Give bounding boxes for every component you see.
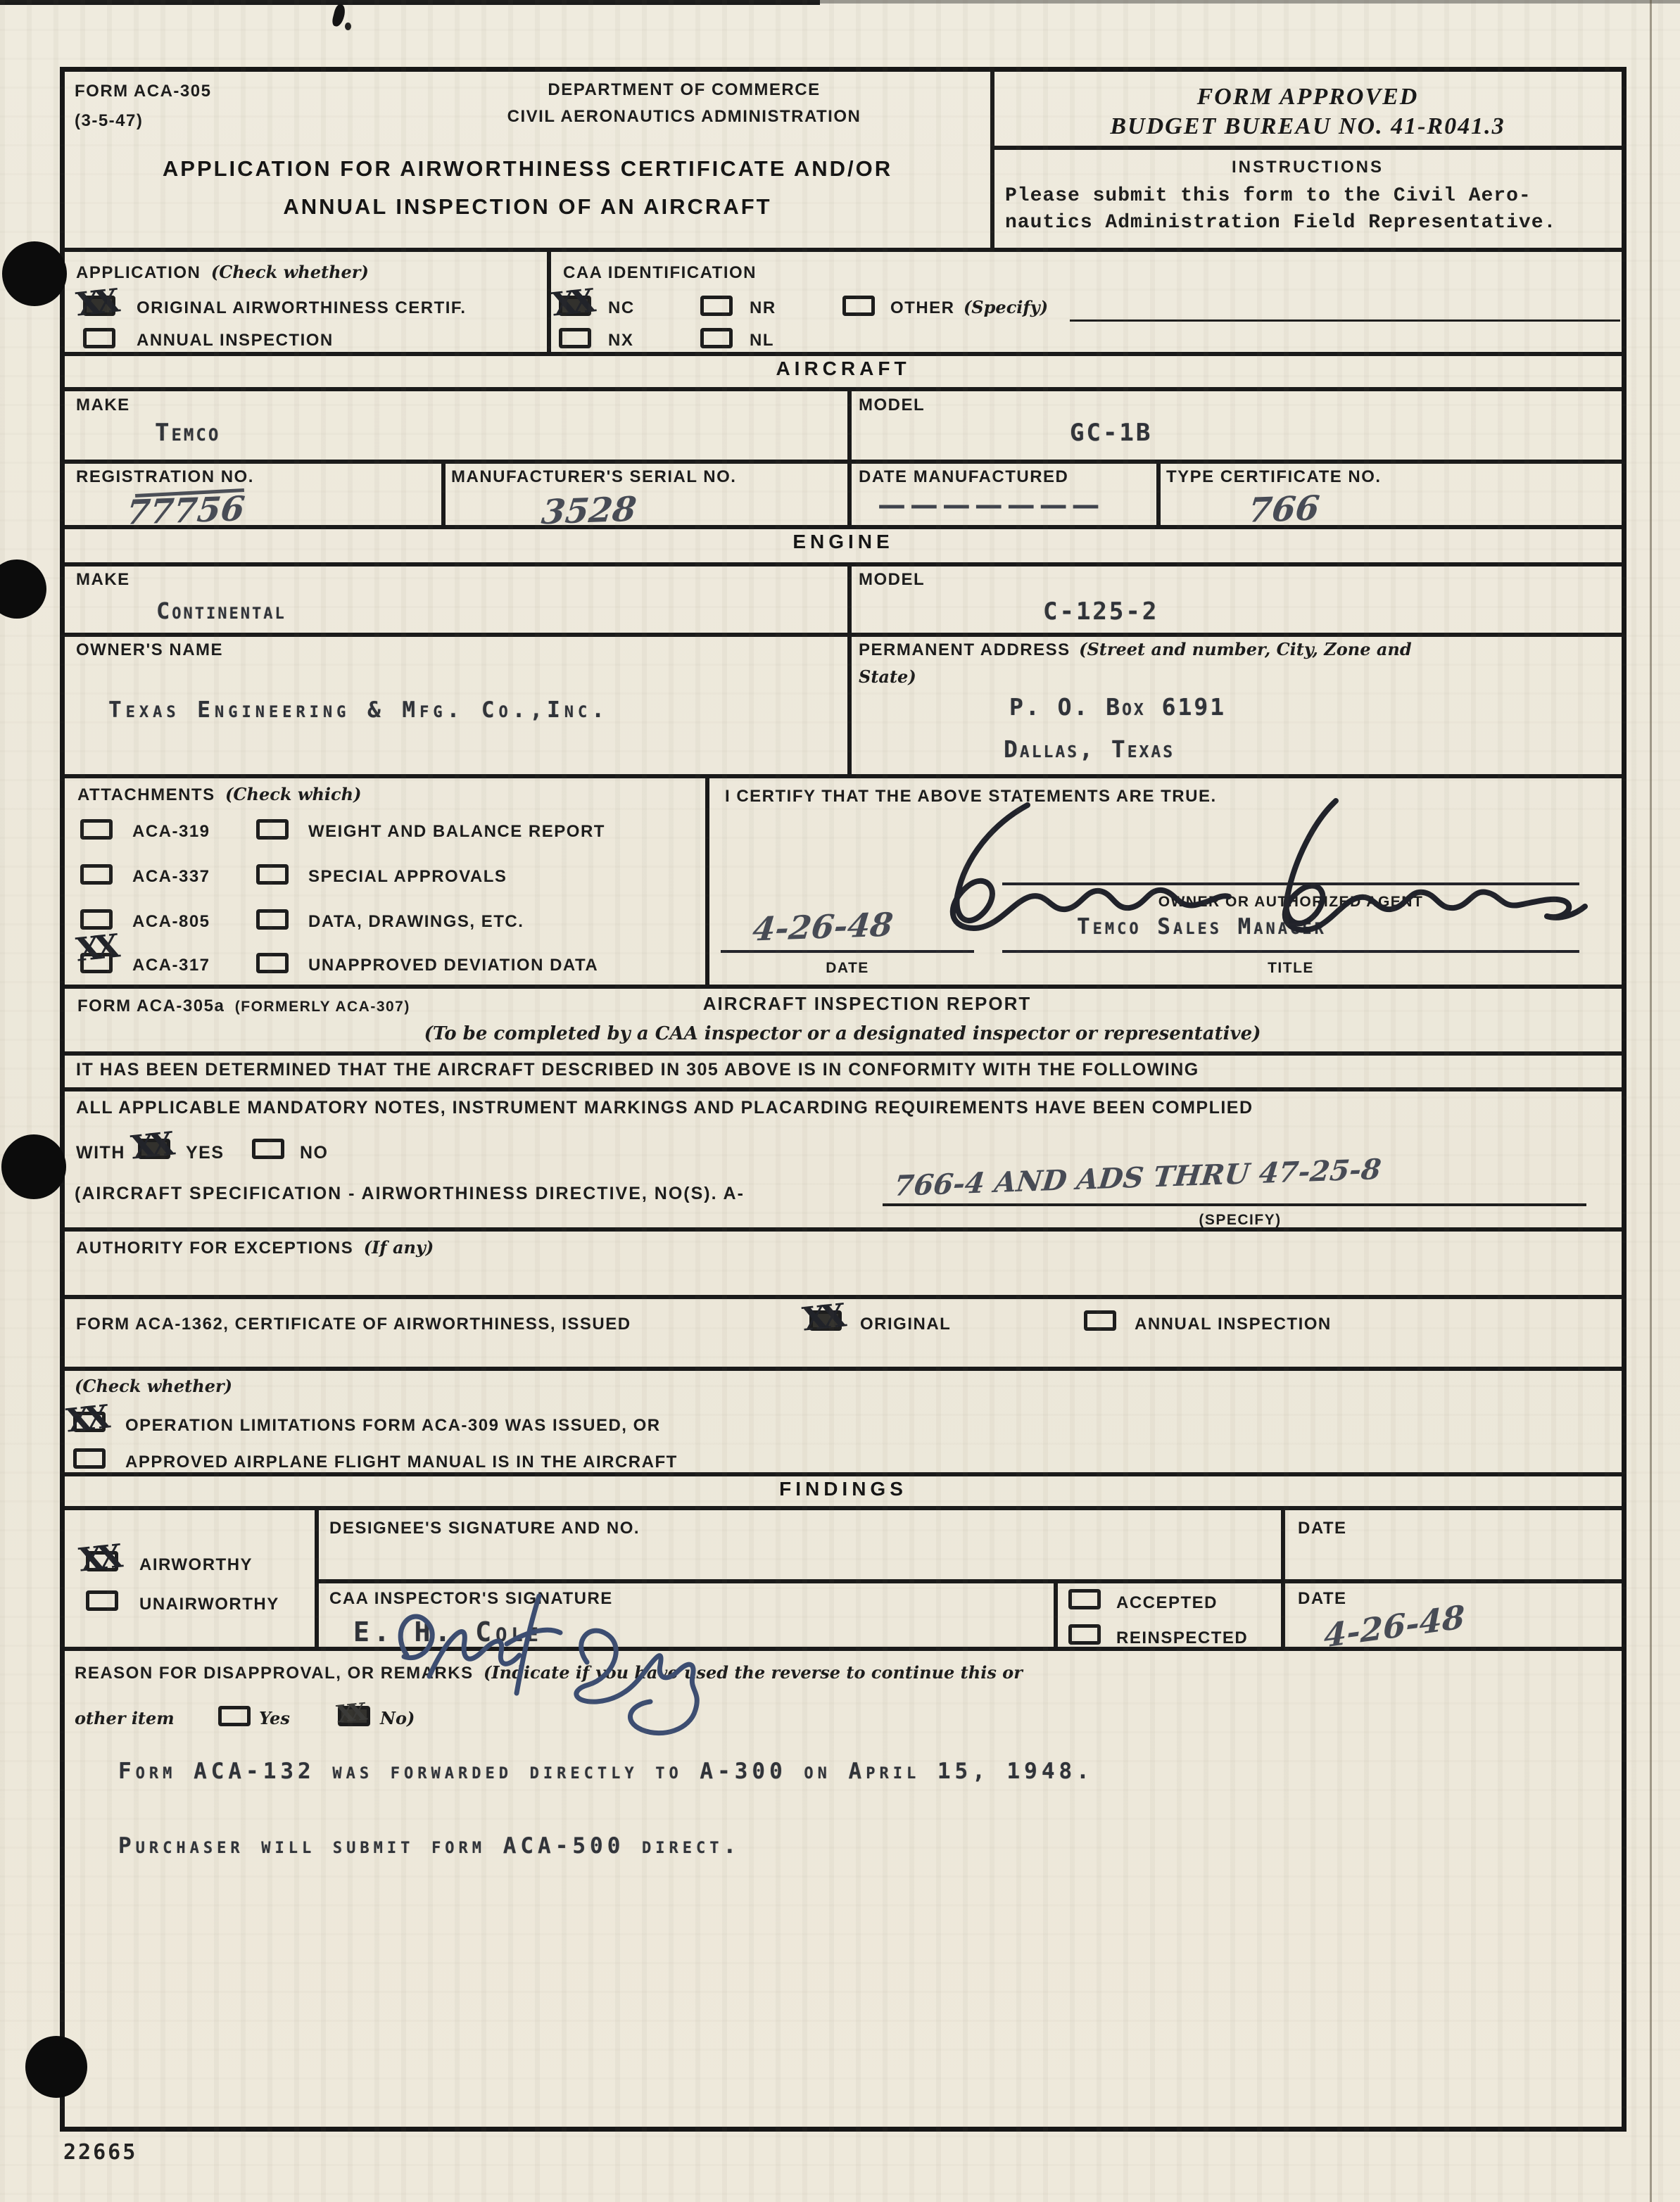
checkbox-cert-original[interactable]: XX [809,1310,842,1331]
specify-label: (SPECIFY) [1085,1212,1395,1229]
checkbox-aca-337[interactable] [80,864,113,885]
checkbox-remarks-yes[interactable] [218,1706,251,1726]
aircraft-model-label: MODEL [859,396,925,415]
aca-337-label: ACA-337 [132,867,210,887]
checkbox-unapproved-deviation[interactable] [256,953,289,973]
findings-section-title: FINDINGS [65,1479,1622,1499]
remarks-typed-line2: Purchaser will submit form ACA-500 direc… [118,1835,740,1857]
checkbox-box [218,1706,251,1726]
checkbox-box [1084,1310,1116,1331]
inspector-signature[interactable] [360,1569,705,1759]
date-manufactured-label: DATE MANUFACTURED [859,467,1068,487]
divider [1054,1579,1058,1647]
scan-edge-artifact-faint [820,0,1680,4]
checkbox-nx[interactable] [559,328,591,348]
weight-balance-label: WEIGHT AND BALANCE REPORT [308,822,605,842]
check-x-mark: XX [75,284,115,320]
check-whether-note: (Check whether) [75,1378,232,1395]
scan-edge-artifact [0,0,820,5]
inspection-form-number: FORM ACA-305a [77,996,225,1015]
with-label: WITH [76,1143,125,1163]
divider [65,525,1622,529]
reinspected-label: REINSPECTED [1116,1628,1248,1648]
authority-heading: AUTHORITY FOR EXCEPTIONS (If any) [76,1239,434,1258]
checkbox-box [80,864,113,885]
remarks-typed-line1: Form ACA-132 was forwarded directly to A… [118,1761,1094,1783]
checkbox-box [80,909,113,930]
paper-edge-line [1650,0,1652,2202]
checkbox-box [1068,1589,1101,1609]
divider [65,1051,1622,1056]
owner-name-label: OWNER'S NAME [76,640,223,660]
checkbox-annual-inspection[interactable] [83,328,115,348]
determined-statement: IT HAS BEEN DETERMINED THAT THE AIRCRAFT… [76,1060,1199,1080]
cert-annual-label: ANNUAL INSPECTION [1135,1315,1332,1334]
checkbox-reinspected[interactable] [1068,1624,1101,1645]
nx-label: NX [608,331,633,350]
nr-label: NR [750,298,776,318]
checkbox-box [256,909,289,930]
spec-directive-label: (AIRCRAFT SPECIFICATION - AIRWORTHINESS … [75,1184,745,1204]
attachments-heading: ATTACHMENTS (Check which) [77,785,361,805]
aircraft-make-value: Temco [155,421,220,445]
checkbox-unairworthy[interactable] [86,1590,118,1611]
form-title-line2: ANNUAL INSPECTION OF AN AIRCRAFT [65,196,990,217]
checkbox-box [700,296,733,316]
cert-original-label: ORIGINAL [860,1315,951,1334]
data-drawings-label: DATA, DRAWINGS, ETC. [308,912,524,932]
aircraft-section-title: AIRCRAFT [65,359,1622,379]
checkbox-box [842,296,875,316]
divider [65,1506,1622,1510]
divider [65,633,1622,637]
caa-identification-label: CAA IDENTIFICATION [563,263,757,283]
registration-label: REGISTRATION NO. [76,467,254,487]
checkbox-complied-yes[interactable]: XX [138,1139,170,1159]
check-x-mark: XX [65,1400,106,1436]
divider [1156,460,1161,525]
instructions-body-line2: nautics Administration Field Representat… [1005,210,1556,236]
aircraft-make-label: MAKE [76,396,130,415]
checkbox-box [256,864,289,885]
other-specify-line[interactable] [1070,319,1620,322]
hole-punch [0,559,46,619]
divider [990,146,1622,150]
inspection-subtitle: (To be completed by a CAA inspector or a… [156,1025,1529,1043]
form-revision-date: (3-5-47) [75,111,143,131]
no-label: NO [300,1143,329,1163]
annual-inspection-label: ANNUAL INSPECTION [137,331,334,350]
nc-label: NC [608,298,635,318]
checkbox-aca-317[interactable]: XX [80,953,113,973]
address-line1: P. O. Box 6191 [1009,695,1226,719]
checkbox-box [700,328,733,348]
divider [847,562,852,633]
administration-name: CIVIL AERONAUTICS ADMINISTRATION [374,107,994,127]
form-aca-305: FORM ACA-305 (3-5-47) DEPARTMENT OF COMM… [60,67,1627,2132]
yes-label: YES [186,1143,225,1163]
aca-319-label: ACA-319 [132,822,210,842]
aca-317-label: ACA-317 [132,956,210,975]
divider [441,460,446,525]
checkbox-flight-manual[interactable] [73,1448,106,1469]
checkbox-aca-805[interactable] [80,909,113,930]
checkbox-box [80,819,113,840]
registration-value: 77756 [125,492,246,530]
divider [315,1506,319,1647]
certify-title-label: TITLE [1002,960,1579,977]
divider [65,1647,1622,1651]
inspection-formerly: (FORMERLY ACA-307) [235,999,410,1015]
divider [65,1367,1622,1371]
aircraft-model-value: GC-1B [1070,421,1152,445]
divider [65,1295,1622,1299]
engine-make-label: MAKE [76,570,130,590]
hole-punch [25,2036,87,2098]
attachments-note: (Check which) [225,784,361,804]
application-label: APPLICATION [76,263,201,282]
checkbox-box [83,328,115,348]
checkbox-accepted[interactable] [1068,1589,1101,1609]
special-approvals-label: SPECIAL APPROVALS [308,867,507,887]
checkbox-cert-annual[interactable] [1084,1310,1116,1331]
divider [847,387,852,460]
owner-signature[interactable] [874,788,1592,954]
permanent-address-note2: State) [859,669,916,685]
original-airworthiness-label: ORIGINAL AIRWORTHINESS CERTIF. [137,298,467,318]
checkbox-data-drawings[interactable] [256,909,289,930]
form-title-line1: APPLICATION FOR AIRWORTHINESS CERTIFICAT… [65,158,990,179]
other-label-group: OTHER (Specify) [890,298,1048,318]
serial-footer: 22665 [63,2142,137,2163]
divider [65,352,1622,356]
divider [65,387,1622,391]
divider [65,774,1622,778]
permanent-address-label: PERMANENT ADDRESS [859,640,1070,659]
check-x-mark: XX [130,1127,170,1163]
checkbox-box [252,1139,284,1159]
authority-label: AUTHORITY FOR EXCEPTIONS [76,1239,353,1258]
address-line2: Dallas, Texas [1004,738,1175,761]
accepted-label: ACCEPTED [1116,1593,1218,1613]
checkbox-nr[interactable] [700,296,733,316]
engine-make-value: Continental [156,600,286,622]
remarks-note-line2: other item [75,1710,175,1727]
check-x-mark: XX [75,930,115,966]
divider [847,460,852,525]
check-x-mark: XX [335,1700,362,1726]
divider [65,248,1622,252]
certify-date-value: 4-26-48 [751,909,895,946]
divider [547,248,551,352]
divider [65,460,1622,464]
authority-note: (If any) [364,1237,434,1258]
aca-805-label: ACA-805 [132,912,210,932]
other-specify-note: (Specify) [964,297,1048,317]
checkbox-box [256,953,289,973]
permanent-address-note1: (Street and number, City, Zone and [1079,639,1412,659]
checkbox-weight-balance[interactable] [256,819,289,840]
check-x-mark: XX [801,1299,842,1335]
checkbox-box [559,328,591,348]
other-label: OTHER [890,298,955,317]
form-approved-line2: BUDGET BUREAU NO. 41-R041.3 [994,111,1621,142]
inspection-date-label: DATE [1298,1589,1347,1609]
serial-label: MANUFACTURER'S SERIAL NO. [451,467,736,487]
remarks-yes-label: Yes [259,1710,290,1727]
divider [65,562,1622,567]
form-approved-line1: FORM APPROVED [994,82,1621,113]
type-certificate-label: TYPE CERTIFICATE NO. [1166,467,1382,487]
divider [65,985,1622,989]
unairworthy-label: UNAIRWORTHY [139,1595,279,1614]
checkbox-other[interactable] [842,296,875,316]
check-x-mark: XX [550,284,591,320]
engine-model-value: C-125-2 [1043,600,1158,624]
divider [65,1227,1622,1232]
spec-directive-line[interactable] [883,1203,1586,1206]
divider [1281,1506,1285,1647]
scanned-form-page: FORM ACA-305 (3-5-47) DEPARTMENT OF COMM… [0,0,1680,2202]
attachments-label: ATTACHMENTS [77,785,215,804]
flight-manual-label: APPROVED AIRPLANE FLIGHT MANUAL IS IN TH… [125,1453,678,1472]
spec-directive-value: 766-4 AND ADS THRU 47-25-8 [892,1156,1382,1201]
application-note: (Check whether) [211,262,369,282]
owner-name-value: Texas Engineering & Mfg. Co.,Inc. [108,700,609,721]
hole-punch [2,241,67,306]
checkbox-aca-319[interactable] [80,819,113,840]
checkbox-box [1068,1624,1101,1645]
divider [847,633,852,774]
type-certificate-value: 766 [1246,491,1321,527]
checkbox-box [86,1590,118,1611]
checkbox-nc[interactable]: XX [559,296,591,316]
form-number: FORM ACA-305 [75,82,211,101]
designee-date-label: DATE [1298,1519,1347,1538]
instructions-body-line1: Please submit this form to the Civil Aer… [1005,183,1531,210]
unapproved-deviation-label: UNAPPROVED DEVIATION DATA [308,956,598,975]
divider [65,1087,1622,1091]
check-x-mark: XX [77,1540,118,1576]
department-name: DEPARTMENT OF COMMERCE [374,80,994,100]
engine-section-title: ENGINE [65,532,1622,552]
complied-statement: ALL APPLICABLE MANDATORY NOTES, INSTRUME… [76,1098,1253,1118]
stray-mark-dot [345,23,351,30]
nl-label: NL [750,331,774,350]
checkbox-special-approvals[interactable] [256,864,289,885]
divider [65,1472,1622,1476]
inspection-title: AIRCRAFT INSPECTION REPORT [515,994,1219,1015]
permanent-address-heading: PERMANENT ADDRESS (Street and number, Ci… [859,640,1412,660]
checkbox-original-airworthiness[interactable]: XX [83,296,115,316]
date-manufactured-dashes: — — — — — — — [878,491,1097,519]
certify-date-label: DATE [721,960,974,977]
checkbox-nl[interactable] [700,328,733,348]
airworthy-label: AIRWORTHY [139,1555,253,1575]
checkbox-complied-no[interactable] [252,1139,284,1159]
divider [705,774,709,985]
serial-value: 3528 [540,493,638,530]
checkbox-operation-limitations[interactable]: XX [73,1412,106,1432]
hole-punch [1,1134,66,1199]
engine-model-label: MODEL [859,570,925,590]
instructions-title: INSTRUCTIONS [994,158,1621,177]
stray-mark [331,4,346,28]
checkbox-box [73,1448,106,1469]
checkbox-airworthy[interactable]: XX [86,1551,118,1571]
cert-1362-label: FORM ACA-1362, CERTIFICATE OF AIRWORTHIN… [76,1315,631,1334]
inspection-form-heading: FORM ACA-305a (FORMERLY ACA-307) [77,996,410,1016]
checkbox-box [256,819,289,840]
application-heading: APPLICATION (Check whether) [76,263,369,283]
designee-signature-label: DESIGNEE'S SIGNATURE AND NO. [329,1519,640,1538]
operation-limitations-label: OPERATION LIMITATIONS FORM ACA-309 WAS I… [125,1416,661,1436]
